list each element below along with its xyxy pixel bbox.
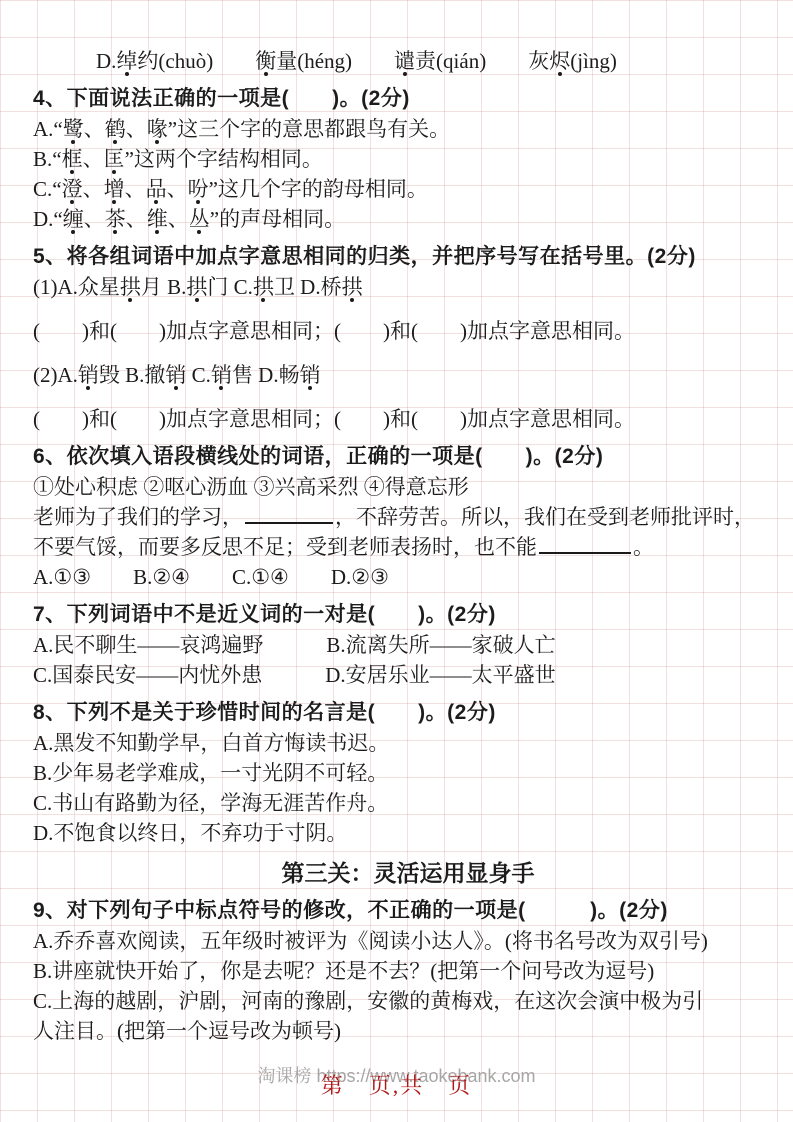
exam-paper-page: D.绰约(chuò) 衡量(héng) 谴责(qián) 灰烬(jìng)4、下…: [0, 0, 793, 1122]
question-6: 6、依次填入语段横线处的词语，正确的一项是( )。(2分): [33, 442, 783, 472]
question-7-options-cd: C.国泰民安——内忧外患 D.安居乐业——太平盛世: [33, 660, 783, 690]
exam-content: D.绰约(chuò) 衡量(héng) 谴责(qián) 灰烬(jìng)4、下…: [0, 0, 793, 1046]
emphasis-dot-char: 拱: [186, 275, 207, 299]
emphasis-dot-char: 销: [211, 363, 232, 387]
answer-blank: [245, 519, 333, 524]
question-4: 4、下面说法正确的一项是( )。(2分): [33, 84, 783, 114]
emphasis-dot-char: 谴: [394, 49, 415, 73]
emphasis-dot-char: 缠: [63, 207, 84, 231]
emphasis-dot-char: 喙: [147, 117, 168, 141]
section-heading: 第三关：灵活运用显身手: [33, 858, 783, 888]
question-9-option-c-cont: 人注目。(把第一个逗号改为顿号): [33, 1016, 783, 1046]
page-number-footer: 第 页,共 页: [0, 1069, 793, 1100]
question-5-group-2: (2)A.销毁 B.撤销 C.销售 D.畅销: [33, 360, 783, 390]
emphasis-dot-char: 拱: [253, 275, 274, 299]
pinyin-option-d: D.绰约(chuò) 衡量(héng) 谴责(qián) 灰烬(jìng): [33, 46, 783, 76]
emphasis-dot-char: 绰: [116, 49, 137, 73]
emphasis-dot-char: 烬: [549, 49, 570, 73]
question-9-option-a: A.乔乔喜欢阅读，五年级时被评为《阅读小达人》。(将书名号改为双引号): [33, 926, 783, 956]
question-8-option-c: C.书山有路勤为径，学海无涯苦作舟。: [33, 788, 783, 818]
question-9: 9、对下列句子中标点符号的修改，不正确的一项是( )。(2分): [33, 896, 783, 926]
emphasis-dot-char: 销: [165, 363, 186, 387]
question-8-option-b: B.少年易老学难成，一寸光阴不可轻。: [33, 758, 783, 788]
emphasis-dot-char: 拱: [342, 275, 363, 299]
question-9-option-b: B.讲座就快开始了，你是去呢？还是不去？(把第一个问号改为逗号): [33, 956, 783, 986]
emphasis-dot-char: 品: [146, 177, 167, 201]
emphasis-dot-char: 衡: [255, 49, 276, 73]
question-6-passage-line-2: 不要气馁，而要多反思不足；受到老师表扬时，也不能。: [33, 532, 783, 562]
emphasis-dot-char: 匡: [104, 147, 125, 171]
emphasis-dot-char: 茶: [105, 207, 126, 231]
question-5-group-1: (1)A.众星拱月 B.拱门 C.拱卫 D.桥拱: [33, 272, 783, 302]
emphasis-dot-char: 拱: [120, 275, 141, 299]
question-8-option-d: D.不饱食以终日，不弃功于寸阴。: [33, 818, 783, 848]
emphasis-dot-char: 澄: [62, 177, 83, 201]
emphasis-dot-char: 增: [104, 177, 125, 201]
question-5-answer-line-2: ( )和( )加点字意思相同；( )和( )加点字意思相同。: [33, 404, 783, 434]
emphasis-dot-char: 框: [62, 147, 83, 171]
emphasis-dot-char: 丛: [189, 207, 210, 231]
question-7-options-ab: A.民不聊生——哀鸿遍野 B.流离失所——家破人亡: [33, 630, 783, 660]
emphasis-dot-char: 销: [300, 363, 321, 387]
question-6-passage-line-1: 老师为了我们的学习，，不辞劳苦。所以，我们在受到老师批评时，: [33, 502, 783, 532]
question-4-option-d: D.“缠、茶、维、丛”的声母相同。: [33, 204, 783, 234]
question-4-option-b: B.“框、匡”这两个字结构相同。: [33, 144, 783, 174]
question-6-options: A.①③ B.②④ C.①④ D.②③: [33, 562, 783, 592]
question-8-option-a: A.黑发不知勤学早，白首方悔读书迟。: [33, 728, 783, 758]
emphasis-dot-char: 维: [147, 207, 168, 231]
emphasis-dot-char: 吩: [188, 177, 209, 201]
question-7: 7、下列词语中不是近义词的一对是( )。(2分): [33, 600, 783, 630]
answer-blank: [539, 549, 631, 554]
question-4-option-c: C.“澄、增、品、吩”这几个字的韵母相同。: [33, 174, 783, 204]
emphasis-dot-char: 鹤: [105, 117, 126, 141]
question-6-word-list: ①处心积虑 ②呕心沥血 ③兴高采烈 ④得意忘形: [33, 472, 783, 502]
question-5: 5、将各组词语中加点字意思相同的归类，并把序号写在括号里。(2分): [33, 242, 783, 272]
question-4-option-a: A.“鹭、鹤、喙”这三个字的意思都跟鸟有关。: [33, 114, 783, 144]
emphasis-dot-char: 鹭: [63, 117, 84, 141]
question-8: 8、下列不是关于珍惜时间的名言是( )。(2分): [33, 698, 783, 728]
question-9-option-c: C.上海的越剧，沪剧，河南的豫剧，安徽的黄梅戏，在这次会演中极为引: [33, 986, 783, 1016]
emphasis-dot-char: 销: [78, 363, 99, 387]
question-5-answer-line-1: ( )和( )加点字意思相同；( )和( )加点字意思相同。: [33, 316, 783, 346]
